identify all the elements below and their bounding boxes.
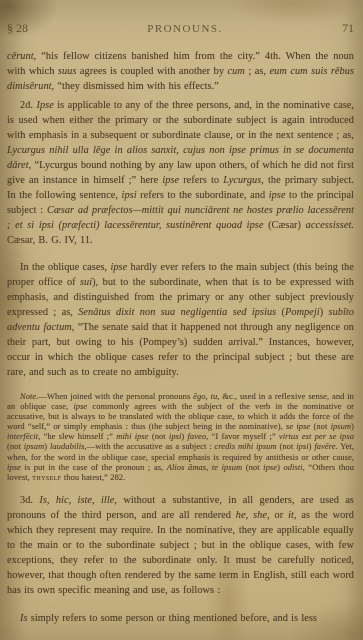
text-segment: Ipse (36, 100, 53, 111)
text-segment: cum (228, 66, 245, 77)
text-segment: ipse (7, 462, 21, 472)
text-segment: virtus est per se ipsa (279, 431, 354, 441)
text-segment: refers to the subordinate, and (137, 190, 269, 201)
text-segment: 2d. (20, 100, 36, 111)
text-segment: ipse (263, 462, 277, 472)
page-header: § 28 PRONOUNS. 71 (7, 21, 354, 36)
text-segment: (Cæsar) (263, 220, 305, 231)
text-segment: thyself (32, 472, 61, 482)
text-segment: Is (20, 613, 28, 624)
text-segment: odisti, (283, 462, 304, 472)
text-segment: suus (58, 66, 77, 77)
paragraph-p2: 2d. Ipse is applicable to any of the thr… (7, 98, 354, 248)
text-segment: (not (149, 431, 169, 441)
text-segment: (not (7, 441, 24, 451)
text-segment: ipsam (24, 441, 45, 451)
text-segment: ipse (269, 190, 286, 201)
text-segment: Is, hic, iste, ille, (39, 495, 117, 506)
text-segment: ; as, (245, 66, 270, 77)
book-page-scan: § 28 PRONOUNS. 71 cērunt, “his fellow ci… (0, 0, 363, 640)
section-number: § 28 (7, 21, 28, 36)
text-segment: favēre. (314, 441, 337, 451)
text-segment: ) (320, 307, 329, 318)
text-segment: “they dismissed him with his effects.” (54, 81, 219, 92)
paragraph-p6: Is simply refers to some person or thing… (7, 611, 354, 626)
text-segment: mihi ipse (116, 431, 148, 441)
paragraph-note: Note.—When joined with the personal pron… (7, 391, 354, 482)
text-segment: as the word which they represent may req… (7, 510, 354, 596)
text-segment: Alios ămas, te ipsum (167, 462, 242, 472)
text-segment: he, she, (236, 510, 270, 521)
text-segment: ipse (110, 262, 127, 273)
text-segment: (not (242, 462, 263, 472)
text-segment: —with the accusative as a subject : (87, 441, 215, 451)
text-segment: Cæsar, B. G. IV, 11. (7, 235, 93, 246)
text-segment: In the oblique cases, (20, 262, 110, 273)
text-segment: “I favor myself ;” (208, 431, 279, 441)
text-segment: agrees is coupled with another by (76, 66, 227, 77)
text-segment: ) (351, 421, 354, 431)
text-segment: sui (80, 277, 92, 288)
text-segment: ( (276, 307, 285, 318)
page-number: 71 (342, 21, 354, 36)
paragraph-p5: 3d. Is, hic, iste, ille, without a subst… (7, 493, 354, 598)
text-segment: is put in the case of the pronoun ; as, (21, 462, 167, 472)
text-segment: ipse (162, 175, 179, 186)
text-segment: or (270, 510, 288, 521)
text-segment: Pompeji (285, 307, 320, 318)
text-segment: ipsum (331, 421, 352, 431)
paragraph-p3: In the oblique cases, ipse hardly ever r… (7, 260, 354, 380)
text-segment: it, (288, 510, 296, 521)
text-segment: faveo, (188, 431, 209, 441)
running-title: PRONOUNS. (147, 23, 223, 35)
text-segment: Note. (20, 391, 38, 401)
page-text: cērunt, “his fellow citizens banished hi… (7, 49, 354, 626)
text-segment: ipse (73, 401, 87, 411)
text-segment: laudabilis, (50, 441, 87, 451)
text-segment: (not (277, 441, 297, 451)
text-segment: interfēcit, (7, 431, 40, 441)
text-segment: ipsi (296, 441, 308, 451)
text-segment: refers to (179, 175, 223, 186)
paragraph-p1: cērunt, “his fellow citizens banished hi… (7, 49, 354, 94)
text-segment: thou hatest,” 282. (61, 472, 125, 482)
text-segment: ĕgo, tu, (193, 391, 219, 401)
text-segment: —When joined with the personal pronouns (38, 391, 193, 401)
text-segment: ipsi (122, 190, 137, 201)
text-segment: simply refers to some person or thing me… (28, 613, 317, 624)
text-segment: se ipse (286, 421, 310, 431)
text-segment: ipsi (169, 431, 181, 441)
text-segment: “he slew himself ;” (40, 431, 116, 441)
text-segment: accessisset. (306, 220, 354, 231)
text-segment: Senātus dixit non sua negligentia sed ip… (78, 307, 276, 318)
text-segment: cērunt, (7, 51, 36, 62)
page-content: § 28 PRONOUNS. 71 cērunt, “his fellow ci… (7, 21, 354, 626)
text-segment: Lycurgus (223, 175, 261, 186)
text-segment: credis mihi ipsum (214, 441, 276, 451)
text-segment: (not (310, 421, 330, 431)
text-segment: is applicable to any of the three person… (7, 100, 354, 141)
text-segment: 3d. (20, 495, 39, 506)
